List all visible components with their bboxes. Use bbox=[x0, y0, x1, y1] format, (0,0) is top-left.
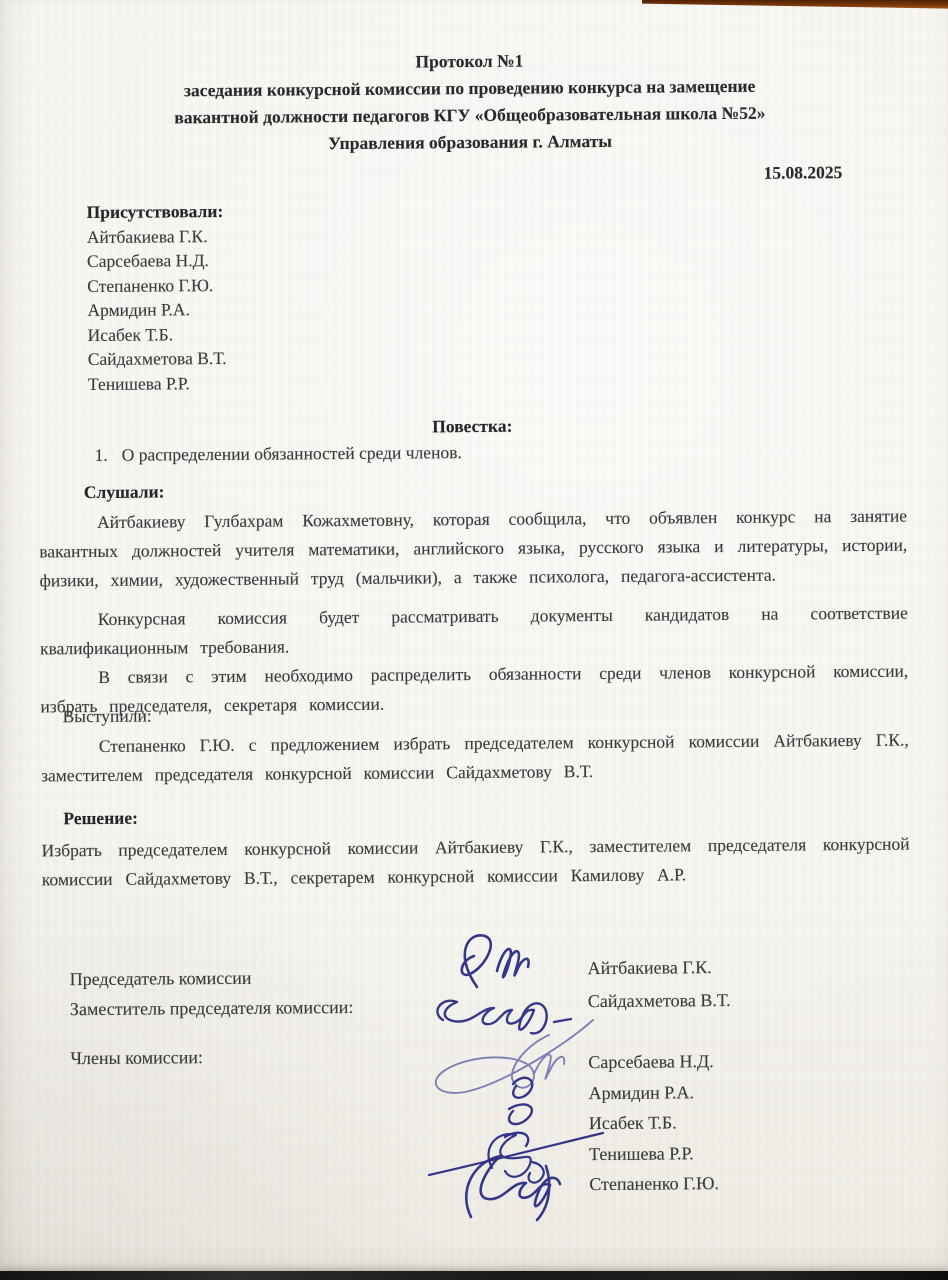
attendee-name: Айтбакиева Г.К. bbox=[87, 223, 226, 249]
heard-paragraph: Айтбакиеву Гулбахрам Кожахметовну, котор… bbox=[39, 502, 908, 596]
decision-heading: Решение: bbox=[63, 808, 138, 830]
heard-paragraph: В связи с этим необходимо распределить о… bbox=[40, 657, 908, 722]
agenda-item-number: 1. bbox=[94, 445, 107, 466]
attendee-name: Степаненко Г.Ю. bbox=[87, 272, 226, 298]
agenda-heading: Повестка: bbox=[0, 412, 946, 440]
vice-chair-label: Заместитель председателя комиссии: bbox=[70, 997, 354, 1020]
signature-member-sweep bbox=[466, 1156, 560, 1220]
attendee-name: Сайдахметова В.Т. bbox=[88, 346, 227, 372]
attendee-name: Тенишева Р.Р. bbox=[88, 370, 227, 396]
spoke-paragraph: Степаненко Г.Ю. с предложением избрать п… bbox=[41, 726, 909, 791]
attendee-name: Исабек Т.Б. bbox=[87, 321, 226, 347]
signature-member-strike bbox=[429, 1133, 603, 1183]
heard-paragraph: Конкурсная комиссия будет рассматривать … bbox=[40, 599, 908, 664]
attendees-list: Присутствовали: Айтбакиева Г.К. Сарсебае… bbox=[87, 199, 227, 396]
signature-chair bbox=[462, 935, 529, 987]
attendee-name: Армидин Р.А. bbox=[87, 297, 226, 323]
scanned-protocol-page: Протокол №1 заседания конкурсной комисси… bbox=[0, 0, 948, 1280]
attendees-heading: Присутствовали: bbox=[87, 199, 226, 225]
decision-paragraph: Избрать председателем конкурсной комисси… bbox=[42, 830, 910, 895]
document-date: 15.08.2025 bbox=[764, 162, 843, 184]
chair-label: Председатель комиссии bbox=[70, 968, 252, 990]
document-title: Протокол №1 заседания конкурсной комисси… bbox=[0, 44, 944, 159]
attendee-name: Сарсебаева Н.Д. bbox=[87, 248, 226, 274]
agenda-item: 1.О распределении обязанностей среди чле… bbox=[94, 442, 461, 466]
signature-vice-chair bbox=[437, 1001, 571, 1034]
agenda-item-text: О распределении обязанностей среди члено… bbox=[122, 442, 462, 465]
spoke-heading: Выступили: bbox=[63, 706, 152, 728]
signature-member-stack bbox=[505, 1078, 532, 1146]
heard-heading: Слушали: bbox=[84, 481, 165, 503]
scan-bottom-edge bbox=[0, 1271, 948, 1280]
handwritten-signatures-ink bbox=[413, 923, 637, 1225]
members-label: Члены комиссии: bbox=[70, 1047, 203, 1069]
